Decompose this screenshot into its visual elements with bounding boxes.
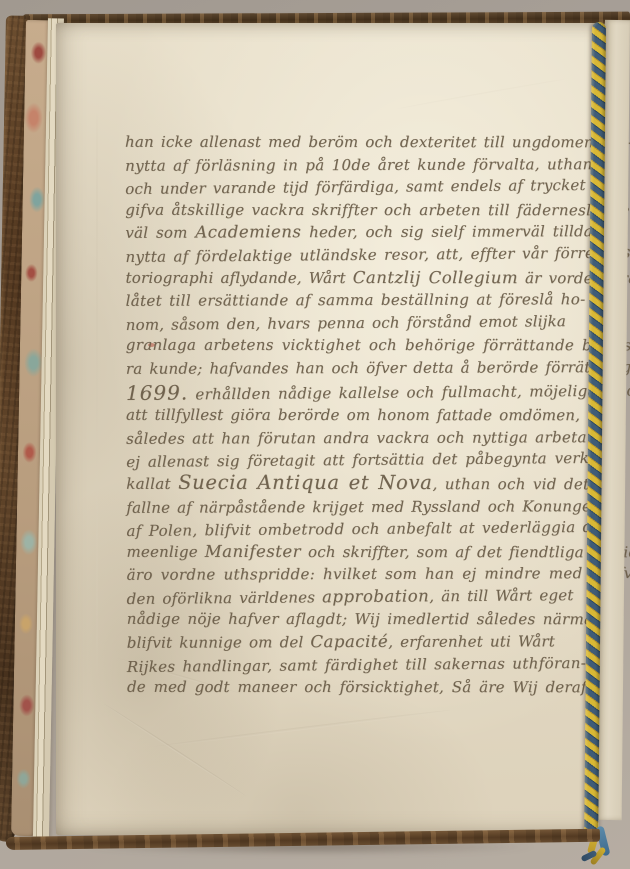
manuscript-line: kallat Suecia Antiqua et Nova, uthan och… xyxy=(126,472,578,496)
paper-crease xyxy=(96,113,98,673)
paper-crease xyxy=(153,709,451,749)
manuscript-line: att tillfyllest giöra berörde om honom f… xyxy=(126,404,578,427)
manuscript-line: nådige nöje hafver aflagdt; Wij imedlert… xyxy=(127,608,579,631)
manuscript-line: nytta af fördelaktige utländske resor, a… xyxy=(125,242,577,269)
manuscript-line: 1699. erhållden nådige kallelse och full… xyxy=(126,378,578,407)
manuscript-line: de med godt maneer och försicktighet, Så… xyxy=(127,676,579,699)
manuscript-line: nom, såsom den, hvars penna och förstånd… xyxy=(126,310,578,337)
manuscript-line: och under varande tijd förfärdiga, samt … xyxy=(125,174,577,201)
photo-background: han icke allenast med beröm och dexterit… xyxy=(0,0,630,869)
manuscript-line: gifva åtskillige vackra skriffter och ar… xyxy=(125,199,577,222)
manuscript-line: nytta af förläsning in på 10de året kund… xyxy=(125,153,577,177)
handwritten-text: han icke allenast med beröm och dexterit… xyxy=(125,130,579,699)
manuscript-line: granlaga arbetens vicktighet och behörig… xyxy=(126,334,578,357)
manuscript-line: väl som Academiens heder, och sig sielf … xyxy=(125,221,577,245)
manuscript-line: af Polen, blifvit ombetrodd och anbefalt… xyxy=(126,516,578,543)
manuscript-line: meenlige Manifester och skriffter, som a… xyxy=(126,540,578,563)
manuscript-line: Rijkes handlingar, samt färdighet till s… xyxy=(127,652,579,679)
left-binding xyxy=(0,15,64,842)
manuscript-line: ra kunde; hafvandes han och öfver detta … xyxy=(126,356,578,380)
manuscript-line: således att han förutan andra vackra och… xyxy=(126,426,578,450)
manuscript-line: blifvit kunnige om del Capacité, erfaren… xyxy=(127,630,579,654)
manuscript-line: fallne af närpåstående krijget med Ryssl… xyxy=(126,495,578,519)
manuscript-page: han icke allenast med beröm och dexterit… xyxy=(56,23,599,835)
manuscript-line: den oförlikna världenes approbation, än … xyxy=(127,584,579,611)
manuscript-line: toriographi aflydande, Wårt Cantzlij Col… xyxy=(126,266,578,289)
manuscript-line: äro vordne uthspridde: hvilket som han e… xyxy=(127,562,579,586)
manuscript-line: han icke allenast med beröm och dexterit… xyxy=(125,131,577,154)
paper-crease xyxy=(103,703,247,797)
paper-crease xyxy=(397,78,565,109)
manuscript-line: låtet till ersättiande af samma beställn… xyxy=(126,288,578,312)
book: han icke allenast med beröm och dexterit… xyxy=(0,0,630,869)
